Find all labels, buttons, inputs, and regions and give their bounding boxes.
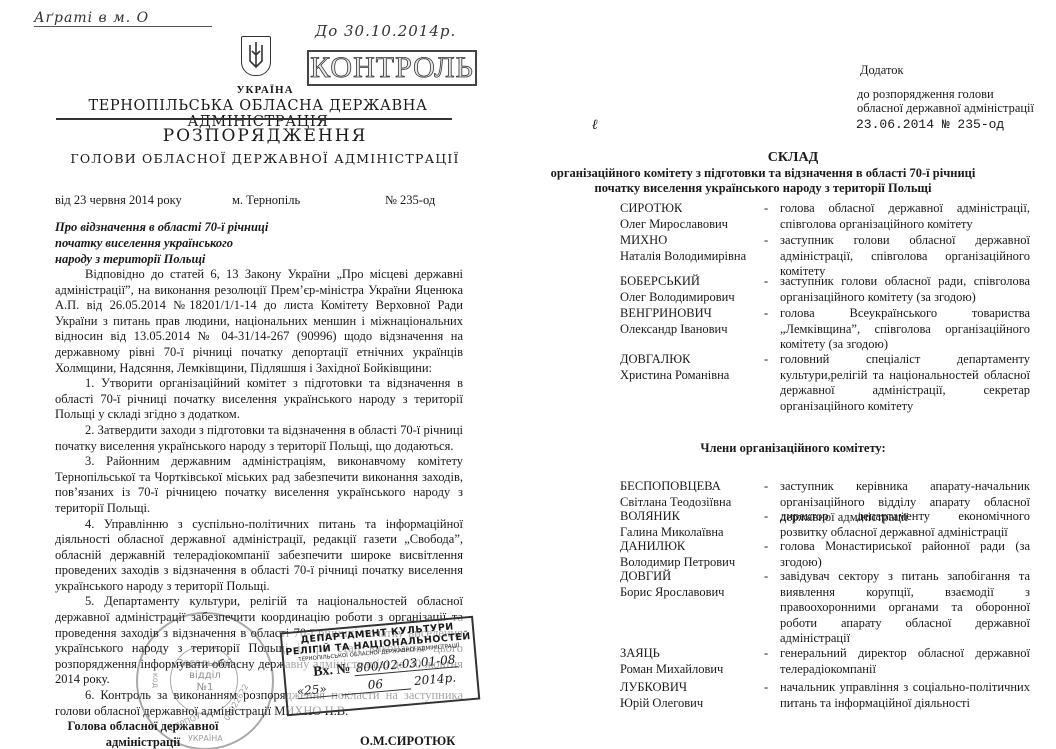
- member-given-names: Володимир Петрович: [620, 555, 735, 571]
- stamp-year: 2014р.: [413, 670, 456, 688]
- position-line: Голова обласної державної: [58, 718, 228, 734]
- member-surname: БЕСПОПОВЦЕВА: [620, 479, 721, 495]
- member-surname: БОБЕРСЬКИЙ: [620, 274, 700, 290]
- handwritten-note-top-left: Аґраті в м. О: [34, 10, 212, 27]
- member-role: генеральний директор обласної державної …: [780, 646, 1030, 677]
- seal-ring-text: код: [151, 673, 160, 688]
- addendum-ref-line2: обласної державної адміністрації: [857, 101, 1034, 116]
- separator-dash: -: [764, 274, 768, 290]
- member-surname: ДОВГИЙ: [620, 569, 671, 585]
- item-4: 4. Управлінню з суспільно-політичних пит…: [55, 517, 463, 595]
- coat-of-arms-icon: [241, 36, 271, 76]
- member-surname: ЗАЯЦЬ: [620, 646, 660, 662]
- stamp-in-label: Вх. №: [313, 662, 351, 680]
- subtitle-line: початку виселення українського народу з …: [530, 181, 996, 196]
- addendum-title: Додаток: [860, 63, 904, 78]
- subject-line: початку виселення українського: [55, 235, 268, 251]
- decree-date: від 23 червня 2014 року: [55, 193, 182, 208]
- member-role: заступник голови обласної ради, співголо…: [780, 274, 1030, 305]
- control-stamp: КОНТРОЛЬ: [307, 50, 477, 86]
- separator-dash: -: [764, 479, 768, 495]
- subject-line: Про відзначення в області 70-ї річниці: [55, 219, 268, 235]
- separator-dash: -: [764, 680, 768, 696]
- member-surname: ВЕНГРИНОВИЧ: [620, 306, 712, 322]
- item-3: 3. Районним державним адміністраціям, ви…: [55, 454, 463, 516]
- item-1: 1. Утворити організаційний комітет з під…: [55, 376, 463, 423]
- signatory-position: Голова обласної державної адміністрації: [58, 718, 228, 749]
- separator-dash: -: [764, 569, 768, 585]
- member-given-names: Світлана Теодозіївна: [620, 495, 731, 511]
- signatory-name: О.М.СИРОТЮК: [360, 734, 455, 749]
- document-type: РОЗПОРЯДЖЕННЯ: [0, 126, 530, 146]
- member-given-names: Олег Володимирович: [620, 290, 735, 306]
- member-role: голова обласної державної адміністрації,…: [780, 201, 1030, 232]
- handwritten-deadline: До 30.10.2014р.: [315, 22, 456, 40]
- pen-mark: ℓ: [592, 117, 598, 134]
- member-surname: ЛУБКОВИЧ: [620, 680, 687, 696]
- members-title: Члени організаційного комітету:: [530, 441, 1056, 456]
- document-subtitle: ГОЛОВИ ОБЛАСНОЇ ДЕРЖАВНОЇ АДМІНІСТРАЦІЇ: [0, 151, 530, 166]
- separator-dash: -: [764, 233, 768, 249]
- separator-dash: -: [764, 306, 768, 322]
- member-surname: СИРОТЮК: [620, 201, 682, 217]
- member-role: начальник управління з соціально-політич…: [780, 680, 1030, 711]
- member-surname: ДОВГАЛЮК: [620, 352, 690, 368]
- member-role: директор департаменту економічного розви…: [780, 509, 1030, 540]
- separator-dash: -: [764, 201, 768, 217]
- item-2: 2. Затвердити заходи з підготовки та від…: [55, 423, 463, 454]
- decree-city: м. Тернопіль: [232, 193, 300, 208]
- position-line: адміністрації: [58, 734, 228, 749]
- addendum-ref-line1: до розпорядження голови: [857, 87, 994, 102]
- decree-number: № 235-од: [385, 193, 435, 208]
- preamble: Відповідно до статей 6, 13 Закону Україн…: [55, 267, 463, 376]
- member-given-names: Юрій Олегович: [620, 696, 703, 712]
- member-role: заступник голови обласної державної адмі…: [780, 233, 1030, 280]
- header-divider: [56, 118, 452, 120]
- member-role: головний спеціаліст департаменту культур…: [780, 352, 1030, 414]
- separator-dash: -: [764, 352, 768, 368]
- composition-title: СКЛАД: [530, 150, 1056, 166]
- separator-dash: -: [764, 646, 768, 662]
- subtitle-line: організаційного комітету з підготовки та…: [530, 166, 996, 181]
- stamp-day: «25»: [296, 681, 337, 699]
- addendum-page: Додаток до розпорядження голови обласної…: [530, 0, 1056, 749]
- member-surname: ВОЛЯНИК: [620, 509, 680, 525]
- member-given-names: Олег Мирославович: [620, 217, 728, 233]
- subject-line: народу з території Польщі: [55, 251, 268, 267]
- member-given-names: Наталія Володимирівна: [620, 249, 746, 265]
- member-given-names: Борис Ярославович: [620, 585, 724, 601]
- member-given-names: Роман Михайлович: [620, 662, 723, 678]
- seal-line: Загальний: [138, 658, 272, 670]
- addendum-date-number: 23.06.2014 № 235-од: [856, 117, 1004, 132]
- composition-subtitle: організаційного комітету з підготовки та…: [530, 166, 996, 196]
- member-given-names: Олександр Іванович: [620, 322, 728, 338]
- member-given-names: Христина Романівна: [620, 368, 729, 384]
- member-surname: МИХНО: [620, 233, 667, 249]
- incoming-registration-stamp: ДЕПАРТАМЕНТ КУЛЬТУРИ РЕЛІГІЙ ТА НАЦІОНАЛ…: [280, 616, 481, 717]
- decree-page: Аґраті в м. О До 30.10.2014р. КОНТРОЛЬ У…: [0, 0, 530, 749]
- member-role: завідувач сектору з питань запобігання т…: [780, 569, 1030, 647]
- separator-dash: -: [764, 539, 768, 555]
- header-country: УКРАЇНА: [0, 84, 530, 96]
- decree-subject: Про відзначення в області 70-ї річниці п…: [55, 219, 268, 267]
- member-role: голова Всеукраїнського товариства „Лемкі…: [780, 306, 1030, 353]
- separator-dash: -: [764, 509, 768, 525]
- member-surname: ДАНИЛЮК: [620, 539, 685, 555]
- member-role: голова Монастириської районної ради (за …: [780, 539, 1030, 570]
- member-given-names: Галина Миколаївна: [620, 525, 724, 541]
